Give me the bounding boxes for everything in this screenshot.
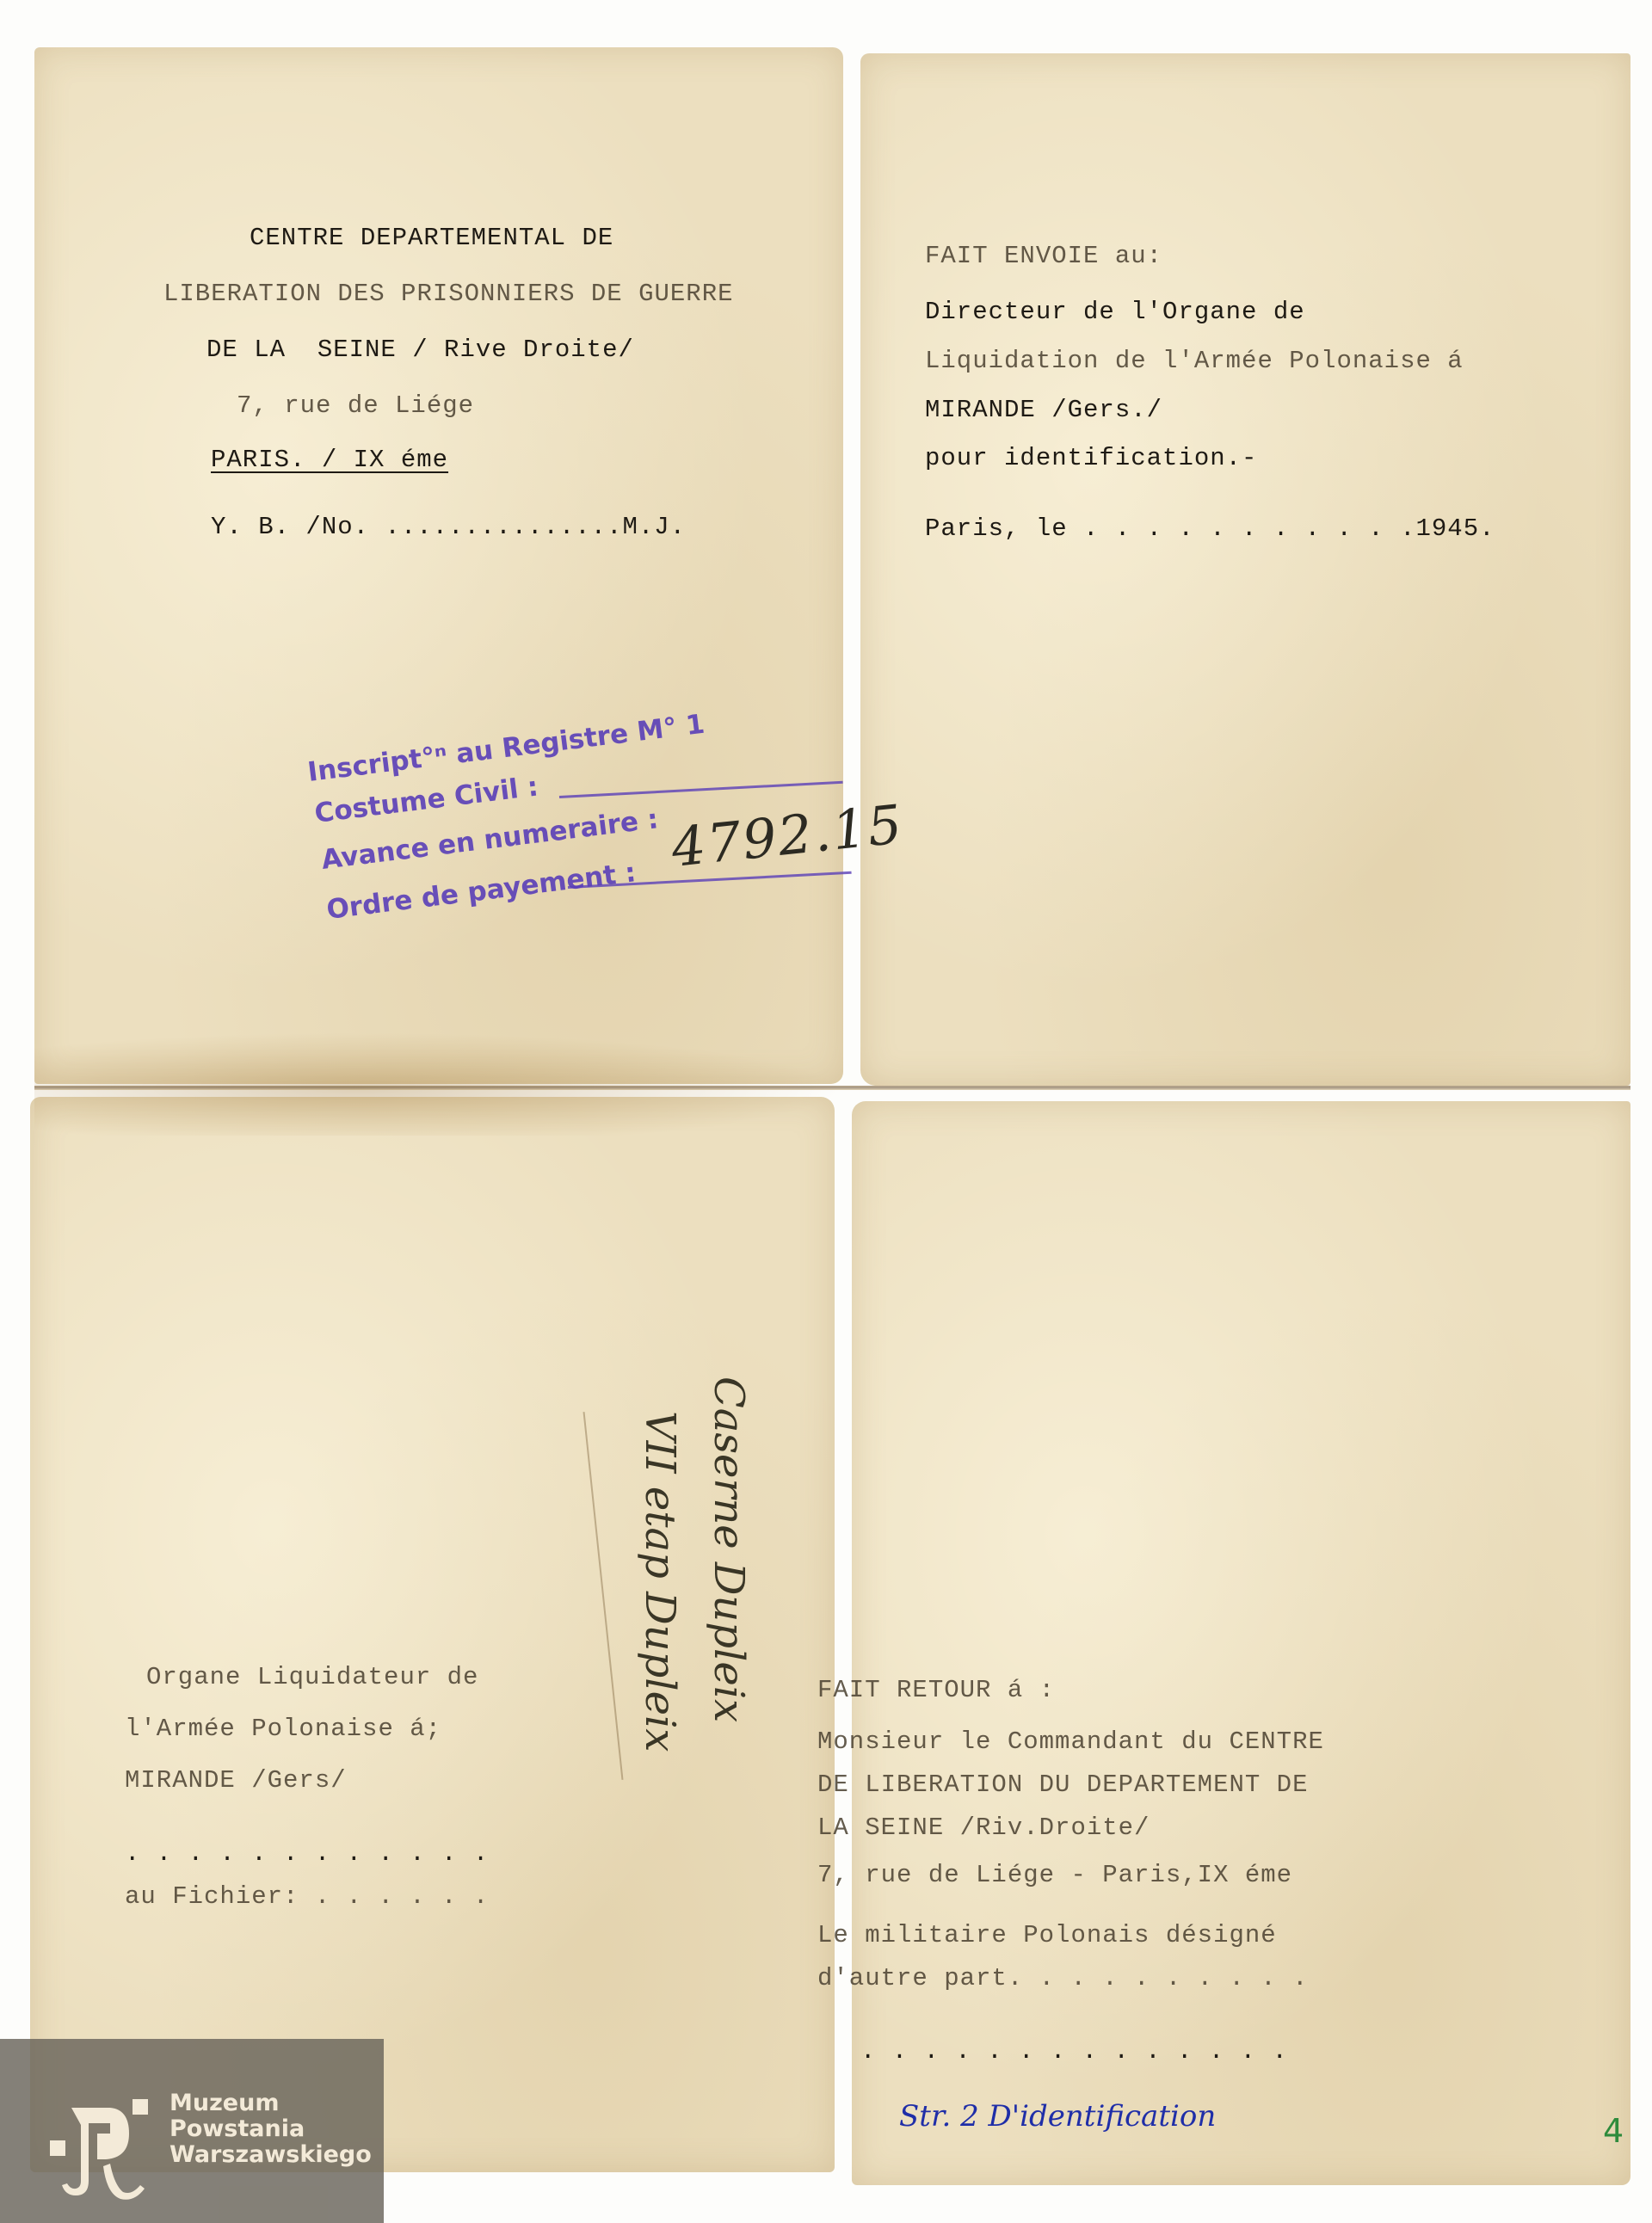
anchor-logo-icon: [50, 2099, 153, 2202]
header-line-3: DE LA SEINE / Rive Droite/: [206, 337, 634, 362]
sent-to-heading: FAIT ENVOIE au:: [925, 243, 1162, 268]
return-line-4: 7, rue de Liége - Paris,IX éme: [817, 1863, 1292, 1887]
address-line: 7, rue de Liége: [237, 393, 474, 418]
liquidator-line-3: MIRANDE /Gers/: [125, 1768, 347, 1793]
header-line-1: CENTRE DEPARTEMENTAL DE: [250, 225, 613, 250]
return-line-2: DE LIBERATION DU DEPARTEMENT DE: [817, 1772, 1309, 1797]
liquidator-line-2: l'Armée Polonaise á;: [125, 1716, 441, 1741]
return-line-3: LA SEINE /Riv.Droite/: [817, 1815, 1150, 1840]
fold-stain: [34, 1032, 843, 1136]
recipient-line-2: Liquidation de l'Armée Polonaise á: [925, 348, 1464, 373]
handwritten-etap-dupleix: VII etap Dupleix: [636, 1411, 684, 1752]
paper-panel-bottom-right: [852, 1101, 1630, 2185]
return-line-5: Le militaire Polonais désigné: [817, 1923, 1277, 1948]
liquidator-dotted-line: . . . . . . . . . . . .: [125, 1841, 489, 1866]
recipient-line-1: Directeur de l'Organe de: [925, 299, 1305, 324]
museum-name-line-2: Powstania: [170, 2116, 372, 2142]
handwritten-caserne-dupleix: Caserne Dupleix: [705, 1376, 753, 1722]
museum-name-line-3: Warszawskiego: [170, 2142, 372, 2168]
date-line: Paris, le . . . . . . . . . . .1945.: [925, 516, 1495, 541]
reference-number-line: Y. B. /No. ...............M.J.: [211, 514, 686, 539]
file-line: au Fichier: . . . . . .: [125, 1884, 489, 1909]
return-line-1: Monsieur le Commandant du CENTRE: [817, 1729, 1324, 1754]
return-dotted-line: . . . . . . . . . . . . . .: [860, 2039, 1288, 2064]
return-line-6: d'autre part. . . . . . . . . .: [817, 1966, 1309, 1991]
museum-name: Muzeum Powstania Warszawskiego: [170, 2091, 372, 2168]
paper-panel-top-right: [860, 53, 1630, 1086]
paper-panel-top-left: [34, 47, 843, 1084]
liquidator-line-1: Organe Liquidateur de: [146, 1665, 478, 1690]
purpose-line: pour identification.-: [925, 446, 1257, 471]
recipient-line-3: MIRANDE /Gers./: [925, 397, 1162, 422]
page-number: 4: [1603, 2112, 1624, 2150]
horizontal-fold: [34, 1086, 1630, 1090]
museum-name-line-1: Muzeum: [170, 2091, 372, 2116]
city-line: PARIS. / IX éme: [211, 447, 448, 472]
header-line-2: LIBERATION DES PRISONNIERS DE GUERRE: [163, 281, 734, 306]
return-heading: FAIT RETOUR á :: [817, 1678, 1055, 1703]
archive-note: Str. 2 D'identification: [899, 2099, 1216, 2134]
